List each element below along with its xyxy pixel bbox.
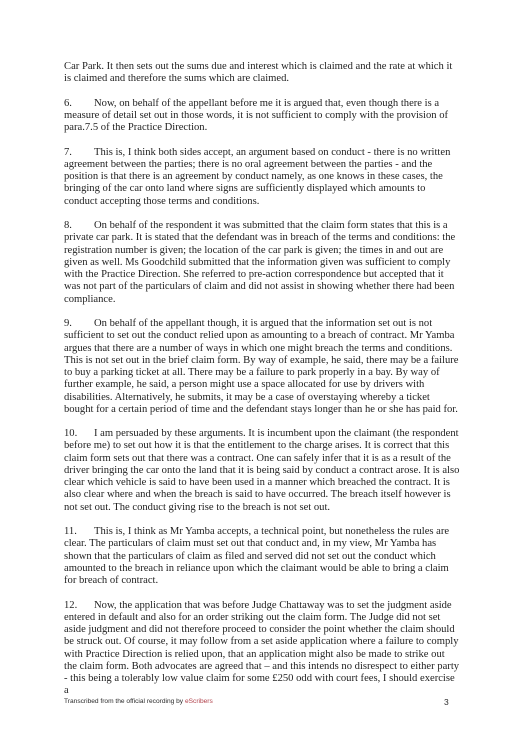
paragraph-9: 9.On behalf of the appellant though, it …: [64, 318, 460, 416]
footer-brand: eScribers: [185, 698, 213, 705]
paragraph-number: 10.: [64, 428, 94, 440]
document-body: Car Park. It then sets out the sums due …: [64, 61, 460, 710]
paragraph-text: I am persuaded by these arguments. It is…: [64, 428, 459, 513]
footer-text: Transcribed from the official recording …: [64, 698, 185, 705]
paragraph-11: 11.This is, I think as Mr Yamba accepts,…: [64, 526, 460, 587]
paragraph-text: Now, the application that was before Jud…: [64, 600, 459, 697]
paragraph-number: 12.: [64, 600, 94, 612]
document-page: Car Park. It then sets out the sums due …: [0, 0, 523, 740]
paragraph-number: 7.: [64, 147, 94, 159]
paragraph-10: 10.I am persuaded by these arguments. It…: [64, 428, 460, 514]
paragraph-text: This is, I think as Mr Yamba accepts, a …: [64, 526, 449, 586]
paragraph-number: 9.: [64, 318, 94, 330]
continuation-paragraph: Car Park. It then sets out the sums due …: [64, 61, 460, 86]
paragraph-number: 6.: [64, 98, 94, 110]
paragraph-8: 8.On behalf of the respondent it was sub…: [64, 220, 460, 306]
paragraph-12: 12.Now, the application that was before …: [64, 600, 460, 698]
paragraph-number: 8.: [64, 220, 94, 232]
paragraph-7: 7.This is, I think both sides accept, an…: [64, 147, 460, 208]
page-number: 3: [444, 697, 449, 707]
paragraph-text: On behalf of the appellant though, it is…: [64, 318, 459, 415]
paragraph-6: 6.Now, on behalf of the appellant before…: [64, 98, 460, 135]
paragraph-number: 11.: [64, 526, 94, 538]
paragraph-text: On behalf of the respondent it was submi…: [64, 220, 455, 305]
paragraph-text: This is, I think both sides accept, an a…: [64, 147, 450, 207]
footer-transcription-note: Transcribed from the official recording …: [64, 698, 213, 705]
paragraph-text: Now, on behalf of the appellant before m…: [64, 98, 448, 134]
